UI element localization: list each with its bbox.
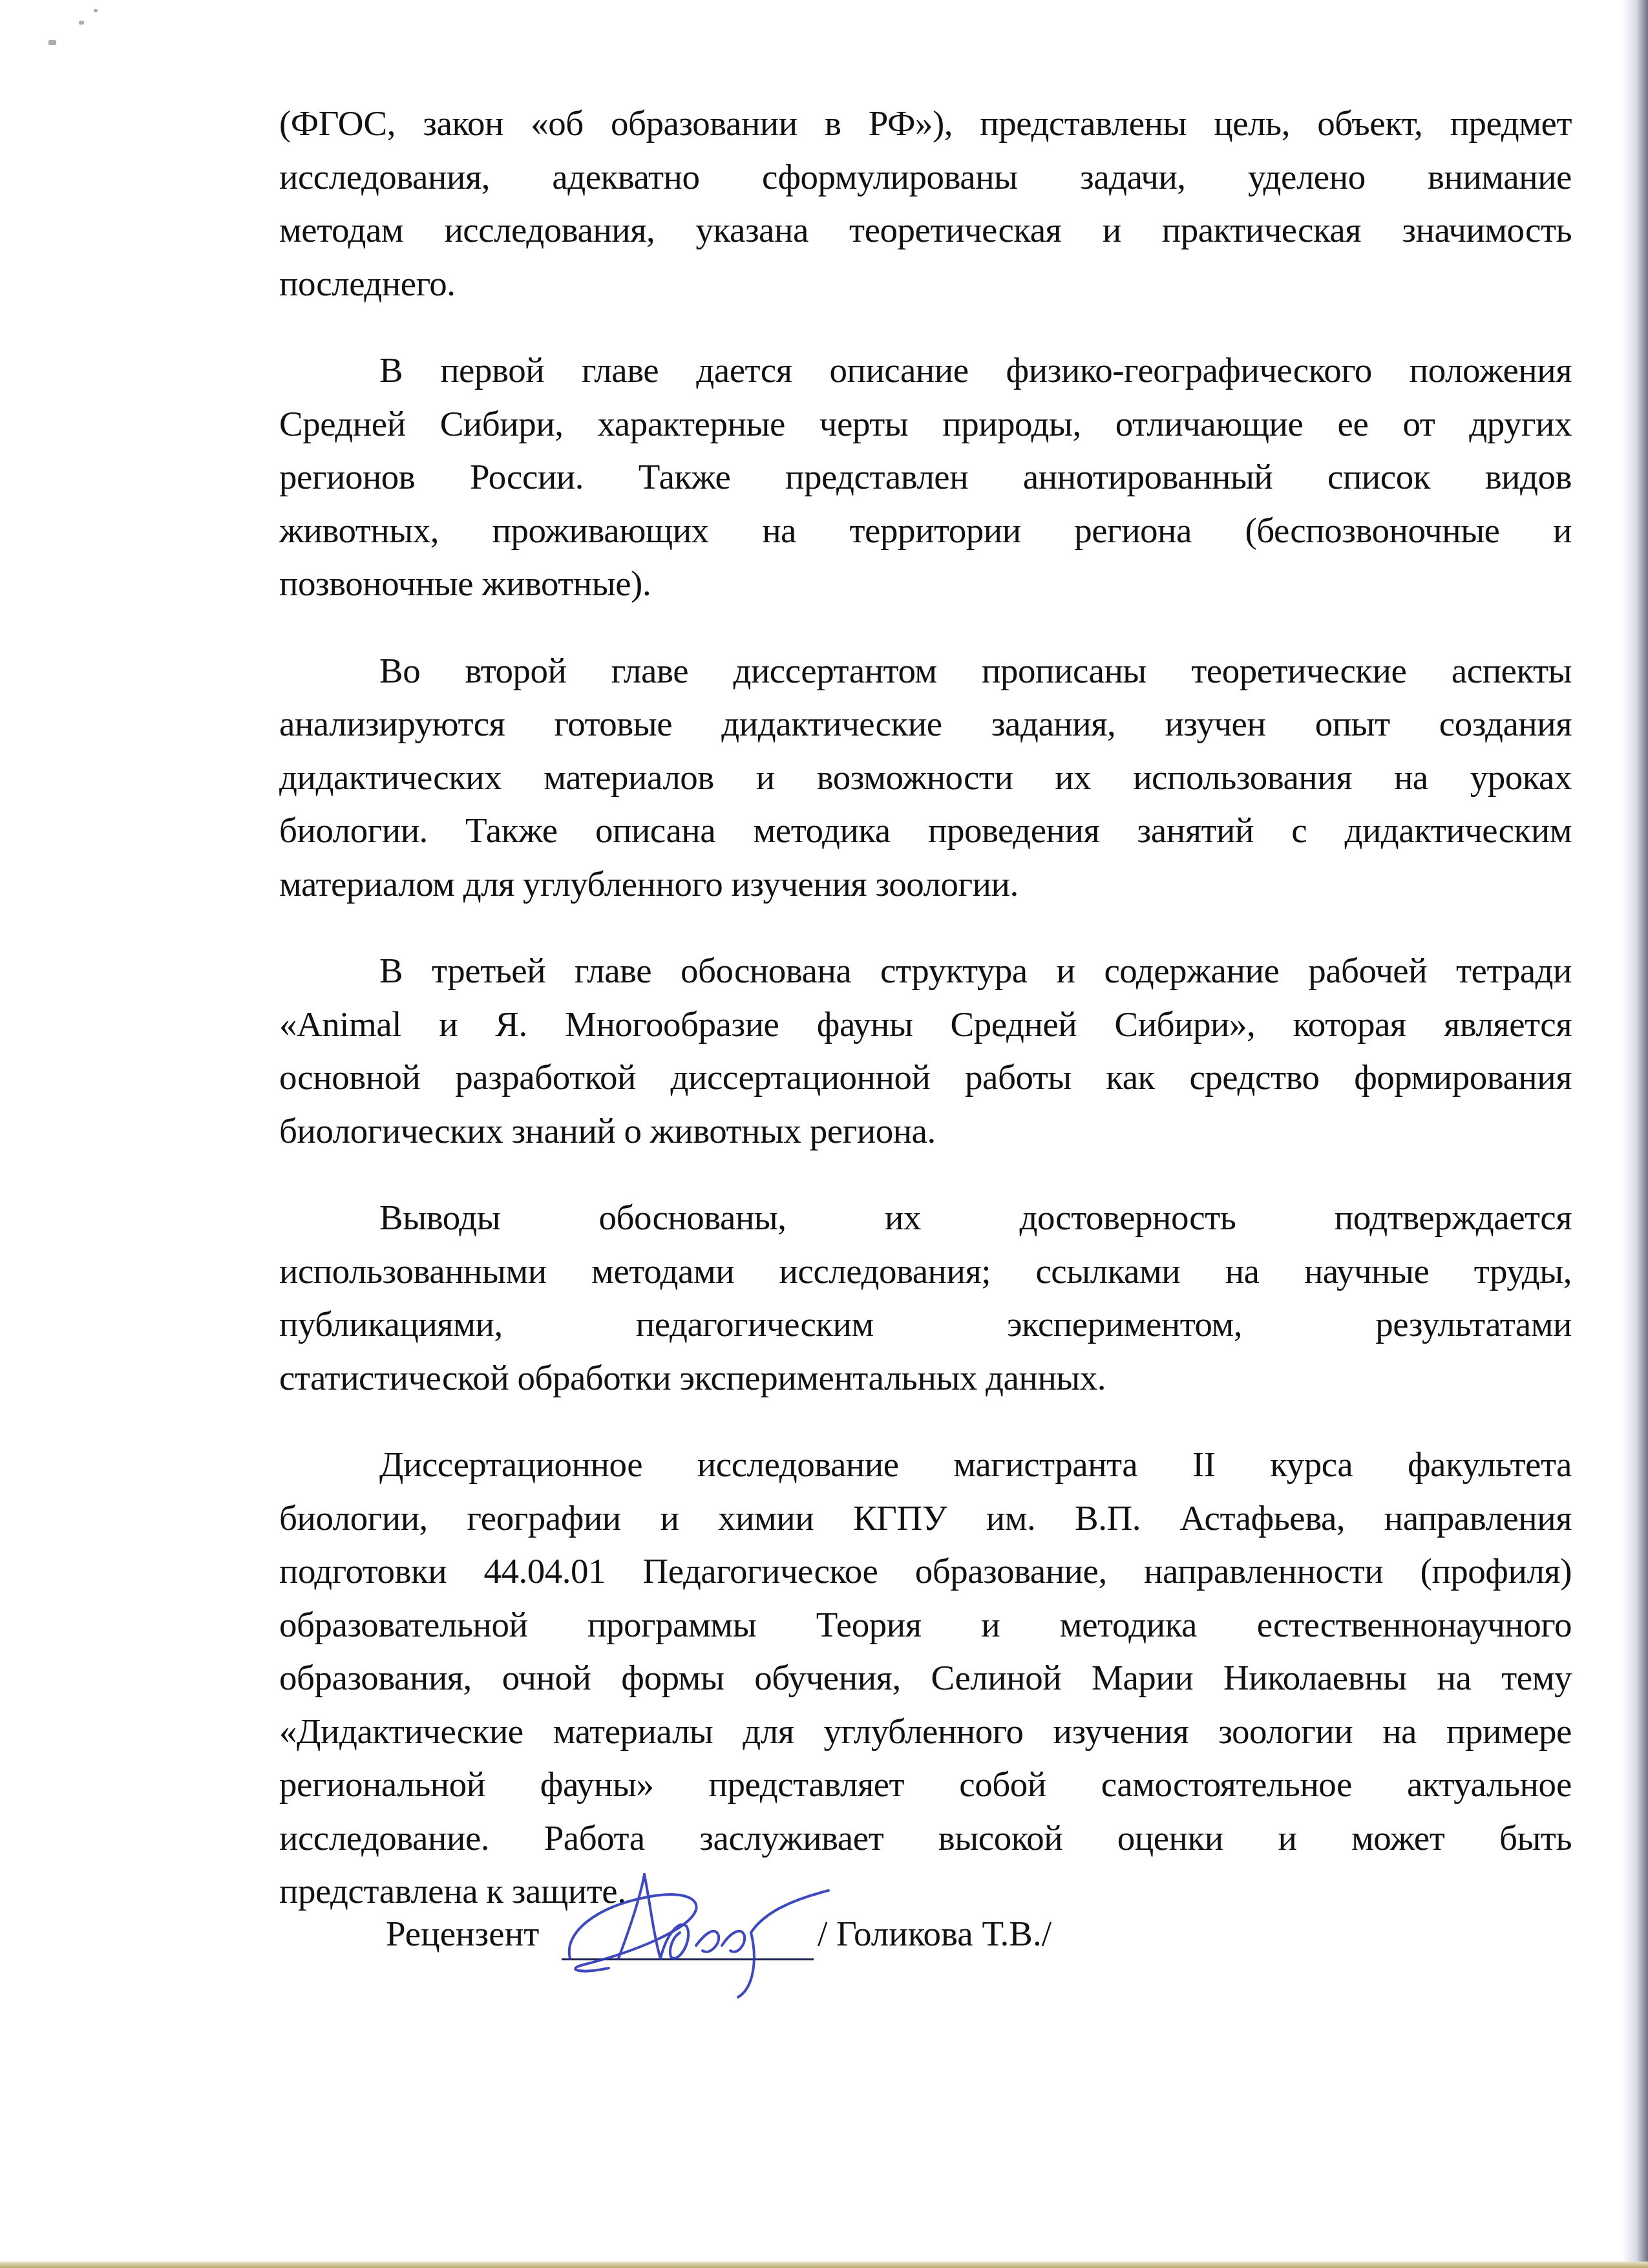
scan-speck — [48, 40, 56, 45]
scan-speck — [79, 21, 84, 25]
text-line: биологии, географии и химии КГПУ им. В.П… — [279, 1492, 1572, 1545]
text-line: позвоночные животные). — [279, 557, 1572, 611]
text-line: региональной фауны» представляет собой с… — [279, 1758, 1572, 1812]
paragraph-conclusions: Выводы обоснованы, их достоверность подт… — [279, 1191, 1572, 1404]
text-line: «Дидактические материалы для углубленног… — [279, 1705, 1572, 1759]
paragraph-chapter-one: В первой главе дается описание физико-ге… — [279, 344, 1572, 611]
text-line: образования, очной формы обучения, Селин… — [279, 1651, 1572, 1705]
scan-speck — [94, 9, 98, 12]
text-line: В третьей главе обоснована структура и с… — [279, 944, 1572, 998]
text-line: публикациями, педагогическим эксперимент… — [279, 1298, 1572, 1351]
text-line: Диссертационное исследование магистранта… — [279, 1438, 1572, 1492]
text-line: биологических знаний о животных региона. — [279, 1105, 1572, 1158]
text-line: статистической обработки экспериментальн… — [279, 1351, 1572, 1405]
paragraph-chapter-two: Во второй главе диссертантом прописаны т… — [279, 644, 1572, 911]
text-line: животных, проживающих на территории реги… — [279, 504, 1572, 558]
scanned-page: (ФГОС, закон «об образовании в РФ»), пре… — [0, 0, 1648, 2268]
page-edge-shadow — [1622, 0, 1648, 2268]
text-line: исследования, адекватно сформулированы з… — [279, 151, 1572, 204]
paragraph-chapter-three: В третьей главе обоснована структура и с… — [279, 944, 1572, 1158]
text-line: последнего. — [279, 257, 1572, 311]
reviewer-name: / Голикова Т.В./ — [818, 1913, 1051, 1954]
text-line: исследование. Работа заслуживает высокой… — [279, 1812, 1572, 1865]
text-line: использованными методами исследования; с… — [279, 1245, 1572, 1298]
text-line: регионов России. Также представлен аннот… — [279, 450, 1572, 504]
text-line: материалом для углубленного изучения зоо… — [279, 858, 1572, 911]
text-line: дидактических материалов и возможности и… — [279, 751, 1572, 805]
paragraph-intro: (ФГОС, закон «об образовании в РФ»), пре… — [279, 97, 1572, 310]
text-line: (ФГОС, закон «об образовании в РФ»), пре… — [279, 97, 1572, 151]
text-line: Выводы обоснованы, их достоверность подт… — [279, 1191, 1572, 1245]
page-bottom-edge — [0, 2262, 1648, 2268]
signature-block: Рецензент / Голикова Т.В./ — [386, 1861, 1226, 1991]
reviewer-label: Рецензент — [386, 1913, 539, 1954]
text-line: Во второй главе диссертантом прописаны т… — [279, 644, 1572, 698]
text-line: биологии. Также описана методика проведе… — [279, 804, 1572, 858]
text-line: основной разработкой диссертационной раб… — [279, 1051, 1572, 1105]
text-line: анализируются готовые дидактические зада… — [279, 697, 1572, 751]
text-line: Средней Сибири, характерные черты природ… — [279, 397, 1572, 451]
text-line: методам исследования, указана теоретичес… — [279, 204, 1572, 257]
text-line: образовательной программы Теория и метод… — [279, 1598, 1572, 1652]
text-line: «Animal и Я. Многообразие фауны Средней … — [279, 998, 1572, 1052]
review-body: (ФГОС, закон «об образовании в РФ»), пре… — [279, 97, 1572, 1952]
text-line: подготовки 44.04.01 Педагогическое образ… — [279, 1545, 1572, 1598]
text-line: В первой главе дается описание физико-ге… — [279, 344, 1572, 397]
paragraph-final-assessment: Диссертационное исследование магистранта… — [279, 1438, 1572, 1918]
